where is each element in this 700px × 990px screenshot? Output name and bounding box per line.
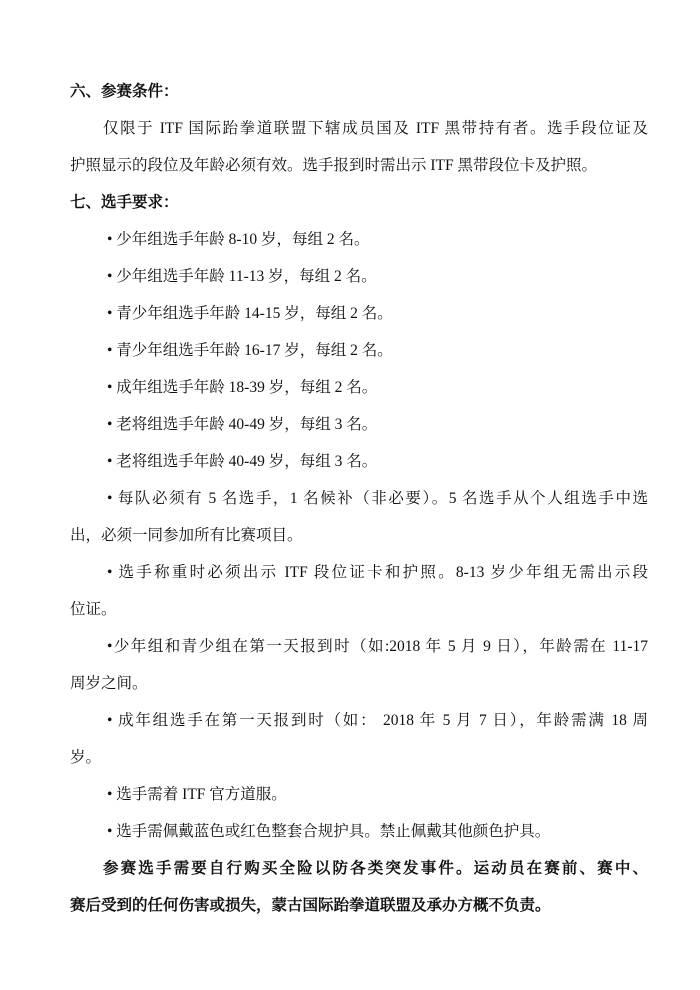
- document-line: • 成年组选手年龄 18-39 岁，每组 2 名。: [70, 369, 648, 406]
- document-line: 参赛选手需要自行购买全险以防各类突发事件。运动员在赛前、赛中、: [70, 850, 648, 887]
- document-line: • 老将组选手年龄 40-49 岁，每组 3 名。: [70, 406, 648, 443]
- document-line: •少年组和青少组在第一天报到时（如:2018 年 5 月 9 日），年龄需在 1…: [70, 628, 648, 665]
- bullet-veterans-40-49-a: • 老将组选手年龄 40-49 岁，每组 3 名。: [70, 406, 648, 443]
- bullet-youth-14-15: • 青少年组选手年龄 14-15 岁，每组 2 名。: [70, 295, 648, 332]
- document-line: • 少年组选手年龄 8-10 岁，每组 2 名。: [70, 221, 648, 258]
- heading-line: 七、选手要求：: [70, 184, 648, 221]
- insurance-disclaimer-paragraph: 参赛选手需要自行购买全险以防各类突发事件。运动员在赛前、赛中、赛后受到的任何伤害…: [70, 850, 648, 924]
- bullet-junior-youth-age-check: •少年组和青少组在第一天报到时（如:2018 年 5 月 9 日），年龄需在 1…: [70, 628, 648, 702]
- bullet-veterans-40-49-b: • 老将组选手年龄 40-49 岁，每组 3 名。: [70, 443, 648, 480]
- bullet-team-composition: • 每队必须有 5 名选手，1 名候补（非必要）。5 名选手从个人组选手中选出，…: [70, 480, 648, 554]
- heading-line: 六、参赛条件：: [70, 73, 648, 110]
- bullet-protective-gear: • 选手需佩戴蓝色或红色整套合规护具。禁止佩戴其他颜色护具。: [70, 813, 648, 850]
- document-line: • 成年组选手在第一天报到时（如： 2018 年 5 月 7 日），年龄需满 1…: [70, 702, 648, 739]
- bullet-juniors-8-10: • 少年组选手年龄 8-10 岁，每组 2 名。: [70, 221, 648, 258]
- document-line: • 每队必须有 5 名选手，1 名候补（非必要）。5 名选手从个人组选手中选: [70, 480, 648, 517]
- document-line: 周岁之间。: [70, 665, 648, 702]
- document-line: • 选手需着 ITF 官方道服。: [70, 776, 648, 813]
- document-line: • 选手需佩戴蓝色或红色整套合规护具。禁止佩戴其他颜色护具。: [70, 813, 648, 850]
- bullet-juniors-11-13: • 少年组选手年龄 11-13 岁，每组 2 名。: [70, 258, 648, 295]
- document-line: • 选手称重时必须出示 ITF 段位证卡和护照。8-13 岁少年组无需出示段: [70, 554, 648, 591]
- document-body: 六、参赛条件：仅限于 ITF 国际跆拳道联盟下辖成员国及 ITF 黑带持有者。选…: [70, 73, 648, 924]
- athlete-requirements-heading: 七、选手要求：: [70, 184, 648, 221]
- document-line: 护照显示的段位及年龄必须有效。选手报到时需出示 ITF 黑带段位卡及护照。: [70, 147, 648, 184]
- bullet-youth-16-17: • 青少年组选手年龄 16-17 岁，每组 2 名。: [70, 332, 648, 369]
- document-line: • 老将组选手年龄 40-49 岁，每组 3 名。: [70, 443, 648, 480]
- bullet-official-dobok: • 选手需着 ITF 官方道服。: [70, 776, 648, 813]
- entry-conditions-heading: 六、参赛条件：: [70, 73, 648, 110]
- document-line: 仅限于 ITF 国际跆拳道联盟下辖成员国及 ITF 黑带持有者。选手段位证及: [70, 110, 648, 147]
- document-line: 赛后受到的任何伤害或损失，蒙古国际跆拳道联盟及承办方概不负责。: [70, 887, 648, 924]
- document-line: • 青少年组选手年龄 16-17 岁，每组 2 名。: [70, 332, 648, 369]
- bullet-adults-18-39: • 成年组选手年龄 18-39 岁，每组 2 名。: [70, 369, 648, 406]
- document-line: 岁。: [70, 739, 648, 776]
- bullet-adult-age-check: • 成年组选手在第一天报到时（如： 2018 年 5 月 7 日），年龄需满 1…: [70, 702, 648, 776]
- document-line: 位证。: [70, 591, 648, 628]
- document-line: • 少年组选手年龄 11-13 岁，每组 2 名。: [70, 258, 648, 295]
- bullet-weigh-in-documents: • 选手称重时必须出示 ITF 段位证卡和护照。8-13 岁少年组无需出示段位证…: [70, 554, 648, 628]
- entry-conditions-paragraph: 仅限于 ITF 国际跆拳道联盟下辖成员国及 ITF 黑带持有者。选手段位证及护照…: [70, 110, 648, 184]
- document-line: 出，必须一同参加所有比赛项目。: [70, 517, 648, 554]
- document-page: 六、参赛条件：仅限于 ITF 国际跆拳道联盟下辖成员国及 ITF 黑带持有者。选…: [0, 0, 700, 990]
- document-line: • 青少年组选手年龄 14-15 岁，每组 2 名。: [70, 295, 648, 332]
